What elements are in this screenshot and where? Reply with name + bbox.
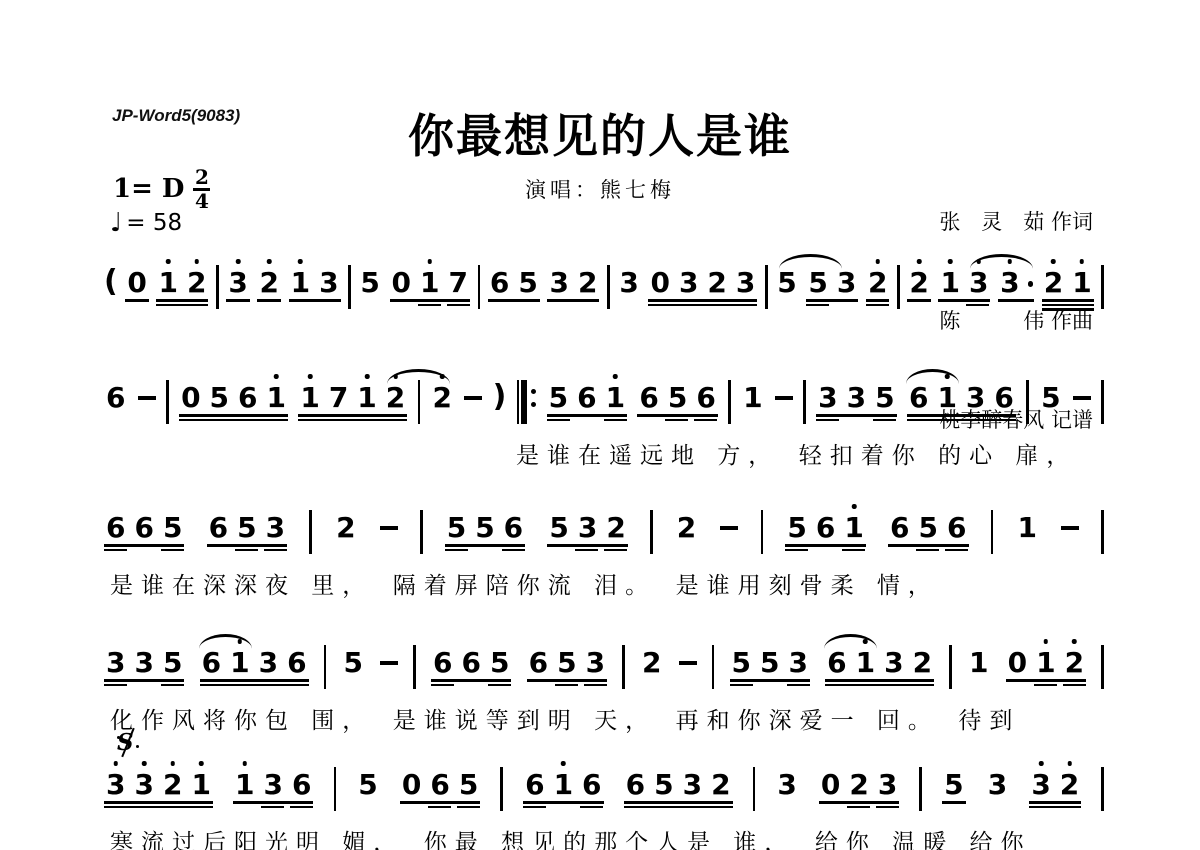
note: 5 bbox=[359, 268, 380, 298]
note: 6 bbox=[429, 770, 450, 800]
note-underline bbox=[806, 304, 829, 307]
barline bbox=[765, 265, 768, 309]
note-digit: 5 bbox=[732, 646, 751, 679]
note-digit: 6 bbox=[504, 511, 523, 544]
slur-arc bbox=[199, 634, 252, 649]
note-digit: 1 bbox=[267, 381, 286, 414]
lyrics-line: 化作风将你包 围， 是谁说等到明 天， 再和你深爱一 回。 待到 bbox=[104, 702, 1104, 735]
dash-note bbox=[464, 396, 482, 400]
beam: 653 bbox=[207, 513, 287, 543]
octave-dot bbox=[236, 259, 241, 264]
beam-underline bbox=[1042, 299, 1094, 302]
note-digit: 3 bbox=[878, 768, 897, 801]
note-digit: 6 bbox=[827, 646, 846, 679]
repeat-begin-sign bbox=[517, 383, 537, 424]
note-underline bbox=[161, 684, 184, 687]
note-digit: 2 bbox=[1044, 266, 1063, 299]
note: 6 bbox=[889, 513, 910, 543]
repeat-thick-bar bbox=[521, 380, 527, 424]
beam-underline bbox=[156, 299, 208, 302]
note: 1 bbox=[190, 770, 211, 800]
note-underline bbox=[523, 806, 546, 809]
note-digit: 5 bbox=[668, 381, 687, 414]
note-underline bbox=[555, 684, 578, 687]
octave-dot bbox=[1044, 639, 1049, 644]
note-digit: 6 bbox=[696, 381, 715, 414]
beam: 1 bbox=[1015, 513, 1038, 543]
barline bbox=[650, 510, 653, 554]
note-digit: 3 bbox=[266, 511, 285, 544]
note-digit: 3 bbox=[619, 266, 638, 299]
beam: 616 bbox=[523, 770, 603, 800]
note: 3 bbox=[585, 648, 606, 678]
note: 1 bbox=[266, 383, 287, 413]
note: 5 bbox=[786, 513, 807, 543]
beam-underline bbox=[200, 684, 309, 687]
note: 7 bbox=[328, 383, 349, 413]
beam: 5 bbox=[358, 268, 381, 298]
note-underline bbox=[235, 549, 258, 552]
beam-underline bbox=[207, 544, 287, 547]
beam-underline bbox=[400, 801, 480, 804]
note: 3 bbox=[548, 268, 569, 298]
note-digit: 3 bbox=[228, 266, 247, 299]
parenthesis: ( bbox=[104, 266, 118, 298]
note: 6 bbox=[286, 648, 307, 678]
note-underline bbox=[488, 684, 511, 687]
note: 6 bbox=[993, 383, 1014, 413]
note-underline bbox=[1063, 684, 1086, 687]
note-digit: 6 bbox=[430, 768, 449, 801]
beam: 53 bbox=[806, 268, 858, 298]
note-digit: 6 bbox=[461, 646, 480, 679]
note-digit: 3 bbox=[818, 381, 837, 414]
beam-underline bbox=[938, 299, 990, 302]
note: 0 bbox=[1007, 648, 1028, 678]
dash-note bbox=[720, 526, 738, 530]
notes-row: (012321350176532303235532213321 bbox=[104, 268, 1104, 314]
note: 1 bbox=[605, 383, 626, 413]
beam-underline bbox=[179, 414, 288, 417]
note: 6 bbox=[625, 770, 646, 800]
beam: 5 bbox=[775, 268, 798, 298]
note: 2 bbox=[908, 268, 929, 298]
barline bbox=[1101, 510, 1104, 554]
note-digit: 6 bbox=[134, 511, 153, 544]
note-digit: 1 bbox=[230, 646, 249, 679]
note: 1 bbox=[1016, 513, 1037, 543]
note-digit: 5 bbox=[1041, 381, 1060, 414]
note: 5 bbox=[918, 513, 939, 543]
note: 3 bbox=[105, 770, 126, 800]
note-underline bbox=[418, 304, 441, 307]
note: 5 bbox=[517, 268, 538, 298]
note-digit: 3 bbox=[969, 266, 988, 299]
beam-underline bbox=[298, 419, 407, 422]
beam: 5 bbox=[341, 648, 364, 678]
note-digit: 1 bbox=[743, 381, 762, 414]
note: 2 bbox=[676, 513, 697, 543]
note-digit: 5 bbox=[358, 768, 377, 801]
note-digit: 3 bbox=[319, 266, 338, 299]
beam: 2 bbox=[907, 268, 930, 298]
beam: 3 bbox=[617, 268, 640, 298]
note-digit: 1 bbox=[606, 381, 625, 414]
repeat-thin-bar bbox=[517, 380, 520, 424]
beam: 1712 bbox=[298, 383, 407, 413]
note: 1 bbox=[290, 268, 311, 298]
note-digit: 5 bbox=[549, 381, 568, 414]
note-digit: 5 bbox=[360, 266, 379, 299]
octave-dot bbox=[948, 259, 953, 264]
note: 2 bbox=[577, 268, 598, 298]
note-underline bbox=[665, 419, 688, 422]
beam-underline bbox=[998, 299, 1034, 302]
note-digit: 3 bbox=[134, 646, 153, 679]
note-digit: 0 bbox=[650, 266, 669, 299]
note: 0 bbox=[391, 268, 412, 298]
beam-underline bbox=[819, 801, 899, 804]
note-digit: 5 bbox=[163, 511, 182, 544]
notes-row: 665653255653225616561 bbox=[104, 513, 1104, 559]
beam-underline bbox=[390, 299, 470, 302]
note-digit: 1 bbox=[158, 266, 177, 299]
note-underline bbox=[842, 549, 865, 552]
beam: 2 bbox=[866, 268, 889, 298]
note: 2 bbox=[258, 268, 279, 298]
time-signature: 2 4 bbox=[193, 168, 210, 211]
notes-row: 33211365065616653230235332 bbox=[104, 770, 1104, 816]
beam-underline bbox=[825, 684, 934, 687]
note-digit: 5 bbox=[447, 511, 466, 544]
barline bbox=[949, 645, 952, 689]
beam-underline bbox=[730, 679, 810, 682]
notes-row: 33561365665653255361321012 bbox=[104, 648, 1104, 694]
note-digit: 3 bbox=[788, 646, 807, 679]
note-underline bbox=[604, 549, 627, 552]
beam: 3321 bbox=[104, 770, 213, 800]
note-digit: 5 bbox=[210, 381, 229, 414]
octave-dot bbox=[852, 504, 857, 509]
octave-dot bbox=[298, 259, 303, 264]
beam-underline bbox=[637, 414, 717, 417]
octave-dot bbox=[440, 374, 445, 379]
note-digit: 6 bbox=[433, 646, 452, 679]
note-underline bbox=[945, 549, 968, 552]
note-underline bbox=[575, 549, 598, 552]
beam-underline bbox=[1042, 308, 1094, 311]
note-digit: 7 bbox=[329, 381, 348, 414]
barline bbox=[919, 767, 922, 811]
beam-underline bbox=[624, 801, 733, 804]
note: 6 bbox=[105, 513, 126, 543]
note-digit: 2 bbox=[1060, 768, 1079, 801]
note: 5 bbox=[943, 770, 964, 800]
lyrics-line: 寒流过后阳光明 媚， 你最 想见的那个人是 谁， 给你 温暖 给你 bbox=[104, 824, 1104, 850]
note: 2 bbox=[848, 770, 869, 800]
note: 2 bbox=[641, 648, 662, 678]
beam: 65 bbox=[488, 268, 540, 298]
beam-underline bbox=[233, 801, 313, 804]
note-digit: 3 bbox=[1000, 266, 1019, 299]
note-digit: 2 bbox=[433, 381, 452, 414]
note-underline bbox=[916, 549, 939, 552]
note-digit: 0 bbox=[402, 768, 421, 801]
octave-dot bbox=[142, 761, 147, 766]
note: 1 bbox=[939, 268, 960, 298]
beam-underline bbox=[289, 299, 341, 302]
beam: 2 bbox=[334, 513, 357, 543]
key-signature: 1= D 2 4 bbox=[113, 174, 210, 211]
note-digit: 3 bbox=[679, 266, 698, 299]
note: 1 bbox=[936, 383, 957, 413]
note-digit: 2 bbox=[1065, 646, 1084, 679]
note-digit: 0 bbox=[181, 381, 200, 414]
barline bbox=[309, 510, 312, 554]
note: 6 bbox=[946, 513, 967, 543]
dash-note bbox=[138, 396, 156, 400]
note: 5 bbox=[667, 383, 688, 413]
barline bbox=[1026, 380, 1029, 424]
note: 5 bbox=[489, 648, 510, 678]
beam-underline bbox=[527, 679, 607, 682]
time-numerator: 2 bbox=[195, 168, 209, 187]
note: 1 bbox=[356, 383, 377, 413]
beam-underline bbox=[648, 299, 757, 302]
dash-note bbox=[775, 396, 793, 400]
note-digit: 0 bbox=[1008, 646, 1027, 679]
note: 2 bbox=[335, 513, 356, 543]
beam-underline bbox=[866, 299, 889, 302]
note: 3 bbox=[263, 770, 284, 800]
beam-underline bbox=[1029, 801, 1081, 804]
note: 6 bbox=[105, 383, 126, 413]
note-underline bbox=[1034, 684, 1057, 687]
dash-note bbox=[380, 661, 398, 665]
beam: 12 bbox=[156, 268, 208, 298]
note: 5 bbox=[731, 648, 752, 678]
beam: 3 bbox=[226, 268, 249, 298]
note-digit: 2 bbox=[386, 381, 405, 414]
note: 3 bbox=[577, 513, 598, 543]
repeat-dots bbox=[531, 389, 536, 407]
note: 6 bbox=[291, 770, 312, 800]
note: 2 bbox=[1059, 770, 1080, 800]
lyrics-line: 是谁在遥远地 方， 轻扣着你 的心 扉， bbox=[104, 437, 1104, 470]
key-label: 1= D bbox=[113, 174, 184, 204]
tempo-value: = 58 bbox=[126, 210, 182, 236]
time-denominator: 4 bbox=[195, 192, 209, 211]
octave-dot bbox=[199, 761, 204, 766]
octave-dot bbox=[113, 761, 118, 766]
note-underline bbox=[502, 549, 525, 552]
note: 1 bbox=[553, 770, 574, 800]
beam: 561 bbox=[785, 513, 865, 543]
note: 6 bbox=[237, 383, 258, 413]
barline bbox=[1101, 265, 1104, 309]
note-underline bbox=[161, 549, 184, 552]
note-digit: 5 bbox=[237, 511, 256, 544]
note: 6 bbox=[489, 268, 510, 298]
note-digit: 1 bbox=[969, 646, 988, 679]
octave-dot bbox=[1039, 761, 1044, 766]
note: 1 bbox=[968, 648, 989, 678]
note: 5 bbox=[162, 648, 183, 678]
note: 3 bbox=[776, 770, 797, 800]
note: 2 bbox=[432, 383, 453, 413]
beam-underline bbox=[1006, 679, 1086, 682]
note-digit: 6 bbox=[626, 768, 645, 801]
octave-dot bbox=[365, 374, 370, 379]
note: 2 bbox=[186, 268, 207, 298]
note-digit: 5 bbox=[875, 381, 894, 414]
note-digit: 2 bbox=[259, 266, 278, 299]
beam: 665 bbox=[431, 648, 511, 678]
note-underline bbox=[580, 806, 603, 809]
note: 1 bbox=[229, 648, 250, 678]
beam: 3 bbox=[986, 770, 1009, 800]
barline bbox=[803, 380, 806, 424]
note-digit: 6 bbox=[209, 511, 228, 544]
beam: 6136 bbox=[907, 383, 1016, 413]
octave-dot bbox=[1072, 639, 1077, 644]
note: 3 bbox=[787, 648, 808, 678]
note-digit: 6 bbox=[525, 768, 544, 801]
note: 1 bbox=[855, 648, 876, 678]
note-underline bbox=[447, 304, 470, 307]
barline bbox=[348, 265, 351, 309]
note: 6 bbox=[908, 383, 929, 413]
note-underline bbox=[604, 419, 627, 422]
note: 0 bbox=[180, 383, 201, 413]
note-digit: 2 bbox=[711, 768, 730, 801]
note: 3 bbox=[1030, 770, 1051, 800]
note: 3 bbox=[817, 383, 838, 413]
beam: 023 bbox=[819, 770, 899, 800]
note-digit: 0 bbox=[127, 266, 146, 299]
note-digit: 2 bbox=[909, 266, 928, 299]
beam: 0323 bbox=[648, 268, 757, 298]
beam: 6532 bbox=[624, 770, 733, 800]
note: 1 bbox=[234, 770, 255, 800]
beam: 665 bbox=[104, 513, 184, 543]
note: 0 bbox=[649, 268, 670, 298]
note-digit: 5 bbox=[490, 646, 509, 679]
beam-underline bbox=[1029, 806, 1081, 809]
note-digit: 2 bbox=[642, 646, 661, 679]
note: 3 bbox=[735, 268, 756, 298]
octave-dot bbox=[428, 259, 433, 264]
note-digit: 5 bbox=[518, 266, 537, 299]
beam-underline bbox=[125, 299, 148, 302]
repeat-dot bbox=[531, 402, 536, 407]
note: 3 bbox=[258, 648, 279, 678]
note: 6 bbox=[638, 383, 659, 413]
note: 6 bbox=[524, 770, 545, 800]
note-digit: 3 bbox=[847, 381, 866, 414]
note-digit: 5 bbox=[654, 768, 673, 801]
beam: 0561 bbox=[179, 383, 288, 413]
note: 3 bbox=[678, 268, 699, 298]
note-digit: 2 bbox=[913, 646, 932, 679]
note-digit: 3 bbox=[106, 646, 125, 679]
note-digit: 5 bbox=[944, 768, 963, 801]
quarter-note-icon: ♩ bbox=[110, 211, 122, 235]
barline bbox=[761, 510, 764, 554]
beam-underline bbox=[104, 806, 213, 809]
note: 3 bbox=[227, 268, 248, 298]
note-digit: 0 bbox=[392, 266, 411, 299]
octave-dot bbox=[267, 259, 272, 264]
note-digit: 6 bbox=[202, 646, 221, 679]
beam-underline bbox=[104, 679, 184, 682]
note: 3 bbox=[987, 770, 1008, 800]
note-digit: 2 bbox=[336, 511, 355, 544]
note-digit: 2 bbox=[163, 768, 182, 801]
note-digit: 6 bbox=[287, 646, 306, 679]
note: 3 bbox=[265, 513, 286, 543]
note: 3 bbox=[965, 383, 986, 413]
beam-underline bbox=[156, 304, 208, 307]
octave-dot bbox=[561, 761, 566, 766]
note-digit: 6 bbox=[106, 381, 125, 414]
note-digit: 1 bbox=[940, 266, 959, 299]
note: 3 bbox=[846, 383, 867, 413]
note-digit: 6 bbox=[529, 646, 548, 679]
note-underline bbox=[547, 419, 570, 422]
music-system-1: (012321350176532303235532213321 bbox=[104, 268, 1104, 314]
note-underline bbox=[428, 806, 451, 809]
note: 6 bbox=[826, 648, 847, 678]
note: 5 bbox=[162, 513, 183, 543]
note-digit: 6 bbox=[994, 381, 1013, 414]
note-underline bbox=[876, 806, 899, 809]
note: 3 bbox=[105, 648, 126, 678]
beam-underline bbox=[1042, 304, 1094, 307]
beam-underline bbox=[888, 544, 968, 547]
note-digit: 3 bbox=[586, 646, 605, 679]
note: 6 bbox=[528, 648, 549, 678]
barline bbox=[1101, 380, 1104, 424]
note-digit: 3 bbox=[837, 266, 856, 299]
beam: 32 bbox=[1029, 770, 1081, 800]
beam: 32 bbox=[547, 268, 599, 298]
note: 2 bbox=[710, 770, 731, 800]
beam-underline bbox=[866, 304, 889, 307]
note-digit: 5 bbox=[459, 768, 478, 801]
note: 1 bbox=[299, 383, 320, 413]
note-digit: 1 bbox=[357, 381, 376, 414]
note: 6 bbox=[208, 513, 229, 543]
dash-note bbox=[679, 661, 697, 665]
note-digit: 6 bbox=[639, 381, 658, 414]
note: 3 bbox=[133, 770, 154, 800]
octave-dot bbox=[243, 761, 248, 766]
slur-arc bbox=[824, 634, 877, 649]
note-digit: 5 bbox=[808, 266, 827, 299]
music-system-2: 6056117122)561656133561365 是谁在遥远地 方， 轻扣着… bbox=[104, 383, 1104, 470]
beam: 5 bbox=[356, 770, 379, 800]
octave-dot bbox=[308, 374, 313, 379]
beam: 556 bbox=[445, 513, 525, 543]
note-digit: 3 bbox=[264, 768, 283, 801]
note: 5 bbox=[548, 513, 569, 543]
note: 1 bbox=[843, 513, 864, 543]
barline bbox=[166, 380, 169, 424]
note: 3 bbox=[318, 268, 339, 298]
barline bbox=[1101, 645, 1104, 689]
barline bbox=[728, 380, 731, 424]
